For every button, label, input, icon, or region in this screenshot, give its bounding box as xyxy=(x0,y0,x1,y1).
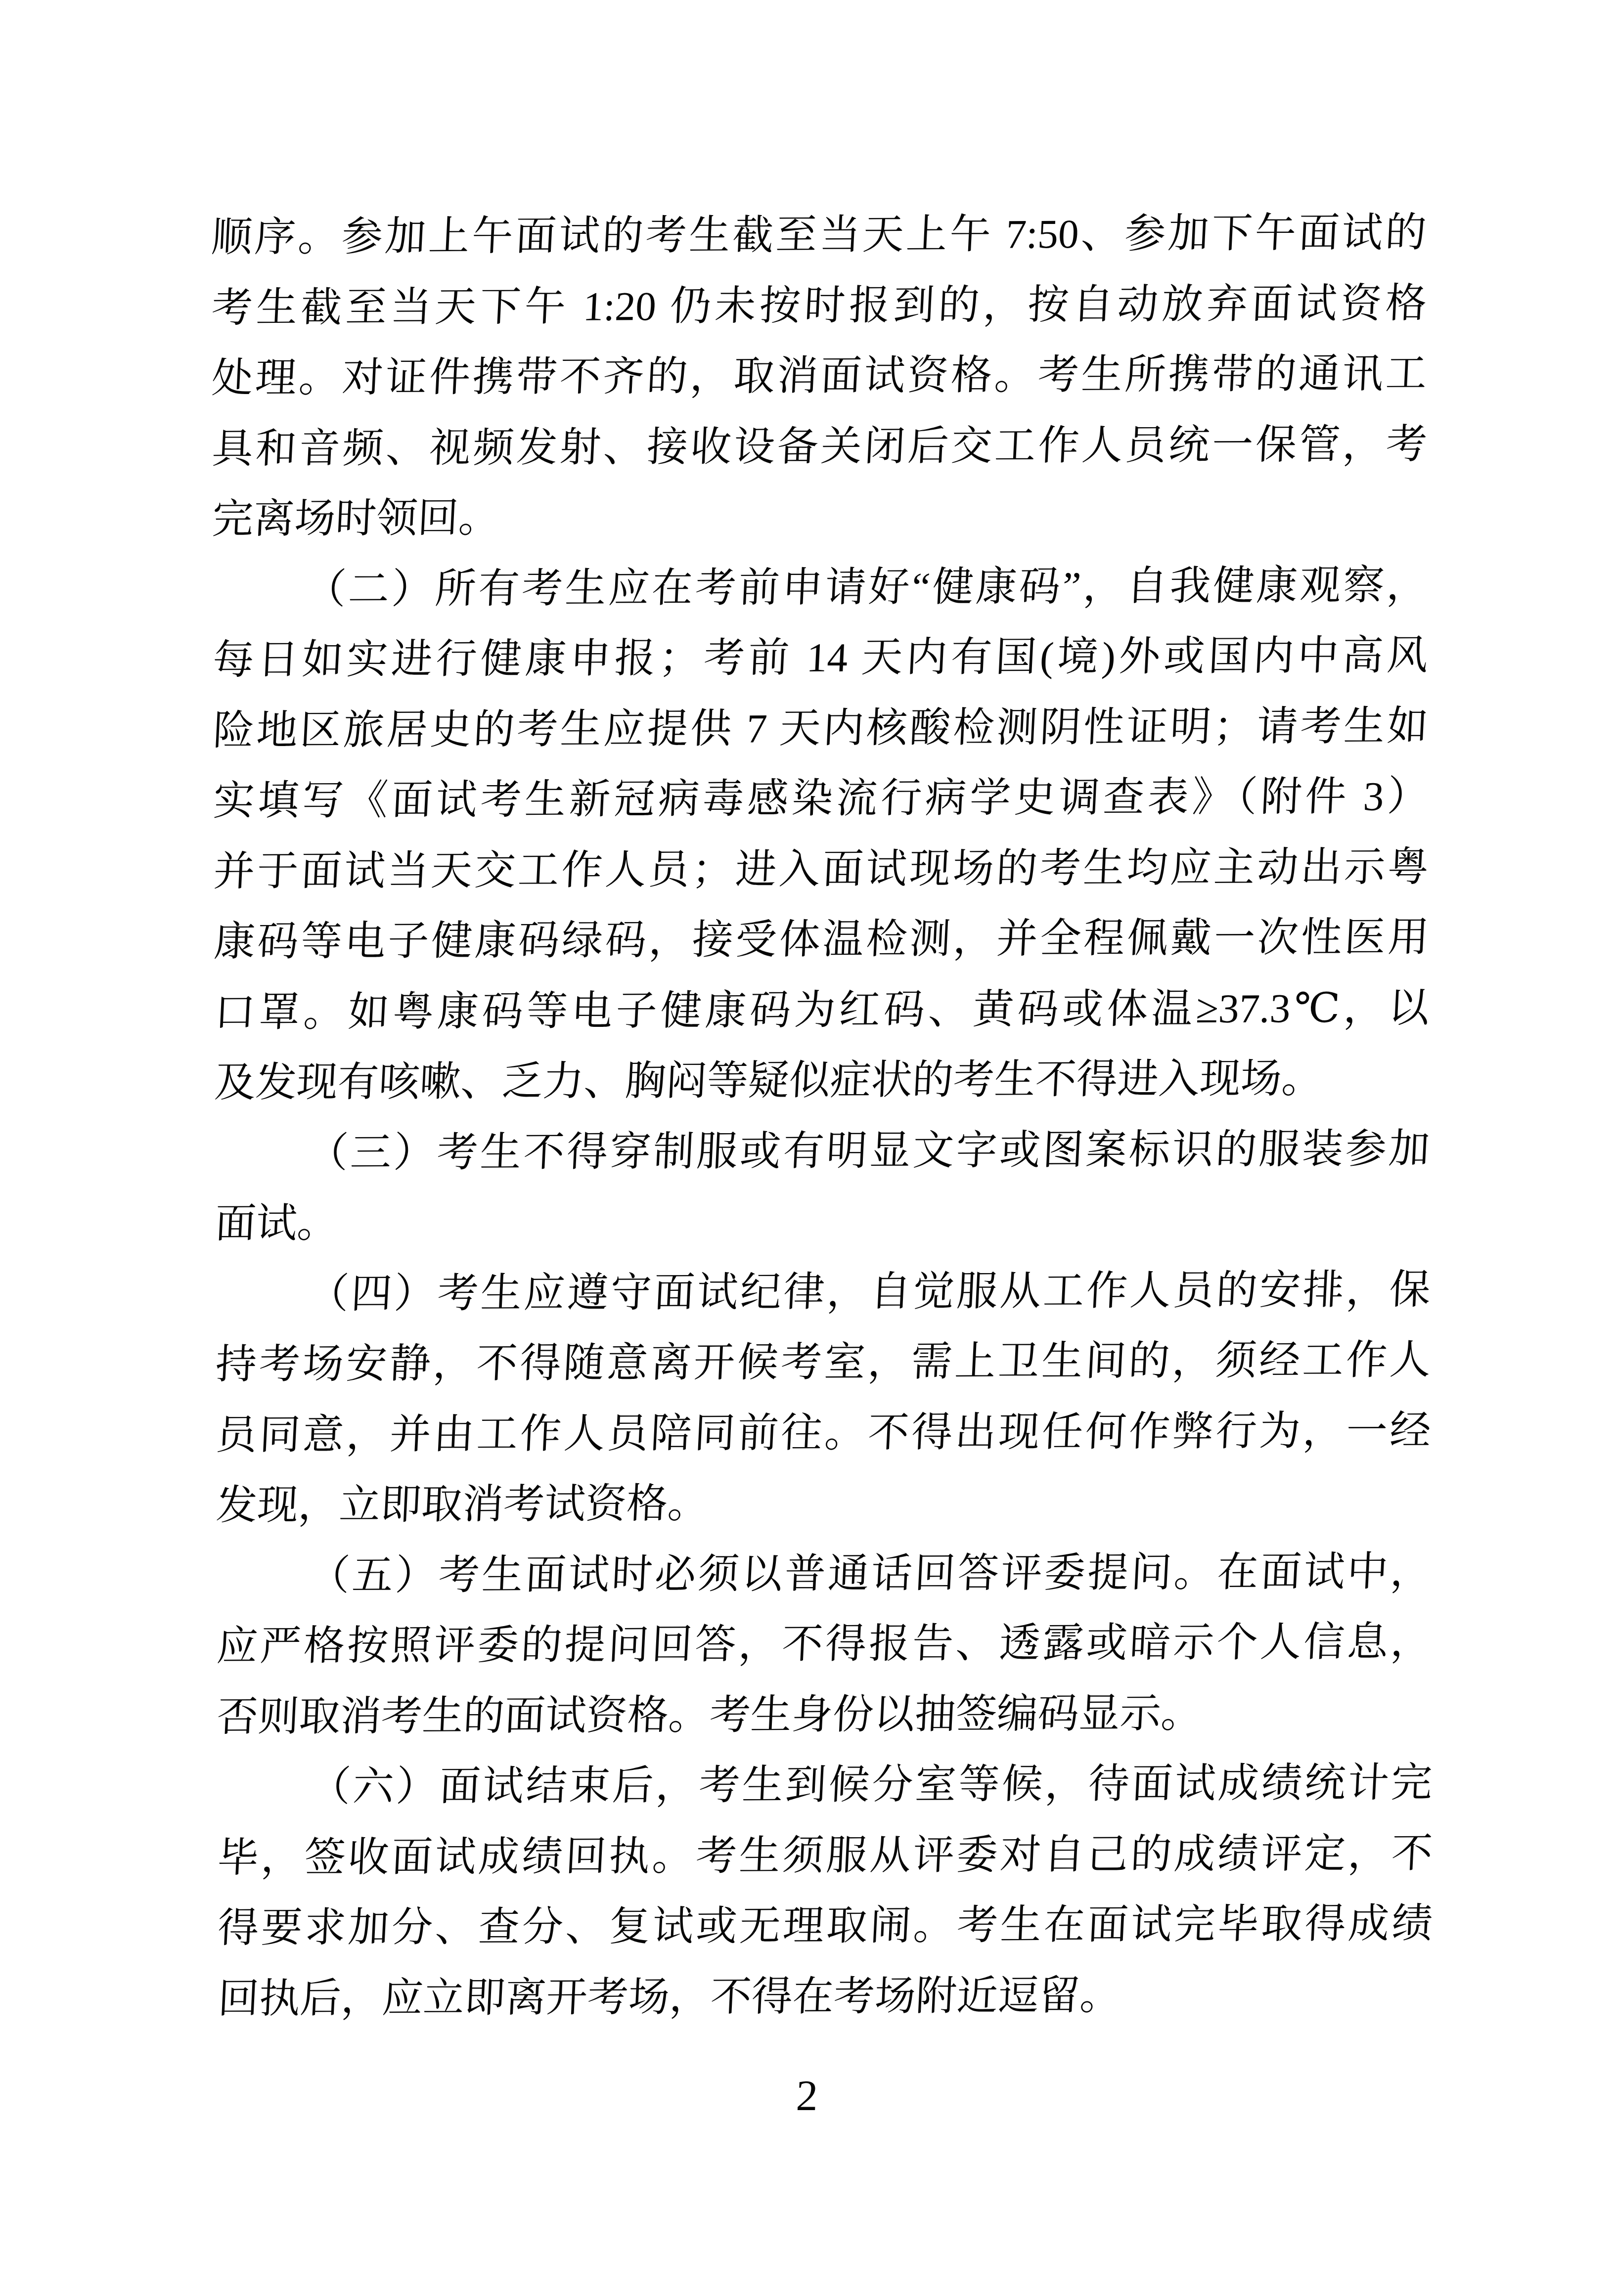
text-line: 毕，签收面试成绩回执。考生须服从评委对自己的成绩评定，不 xyxy=(216,1818,1434,1893)
text-line-paragraph-start: （五）考生面试时必须以普通话回答评委提问。在面试中， xyxy=(215,1536,1433,1611)
text-line-paragraph-start: （四）考生应遵守面试纪律，自觉服从工作人员的安排，保 xyxy=(214,1254,1432,1329)
text-line: 具和音频、视频发射、接收设备关闭后交工作人员统一保管，考 xyxy=(210,409,1429,484)
text-line: 康码等电子健康码绿码，接受体温检测，并全程佩戴一次性医用 xyxy=(212,902,1431,977)
text-line: 否则取消考生的面试资格。考生身份以抽签编码显示。 xyxy=(215,1677,1434,1752)
text-line: 及发现有咳嗽、乏力、胸闷等疑似症状的考生不得进入现场。 xyxy=(213,1043,1431,1118)
text-line: 考生截至当天下午 1:20 仍未按时报到的，按自动放弃面试资格 xyxy=(210,268,1428,343)
text-line-paragraph-start: （二）所有考生应在考前申请好“健康码”，自我健康观察， xyxy=(211,550,1430,625)
page-number: 2 xyxy=(0,2075,1614,2118)
text-line: 员同意，并由工作人员陪同前往。不得出现任何作弊行为，一经 xyxy=(214,1395,1433,1470)
text-line: 实填写《面试考生新冠病毒感染流行病学史调查表》（附件 3） xyxy=(212,761,1430,836)
text-line: 处理。对证件携带不齐的，取消面试资格。考生所携带的通讯工 xyxy=(210,338,1429,413)
text-line-paragraph-start: （三）考生不得穿制服或有明显文字或图案标识的服装参加 xyxy=(213,1113,1432,1189)
body-text: 顺序。参加上午面试的考生截至当天上午 7:50、参加下午面试的 考生截至当天下午… xyxy=(211,197,1433,2033)
scanned-document-page: 顺序。参加上午面试的考生截至当天上午 7:50、参加下午面试的 考生截至当天下午… xyxy=(0,0,1614,2296)
text-line: 口罩。如粤康码等电子健康码为红码、黄码或体温≥37.3℃，以 xyxy=(213,972,1431,1048)
text-line: 应严格按照评委的提问回答，不得报告、透露或暗示个人信息， xyxy=(215,1606,1434,1681)
text-line: 发现，立即取消考试资格。 xyxy=(215,1465,1433,1541)
text-line: 每日如实进行健康申报；考前 14 天内有国(境)外或国内中高风 xyxy=(211,620,1430,695)
text-line: 面试。 xyxy=(213,1184,1432,1259)
text-line: 完离场时领回。 xyxy=(211,479,1429,554)
text-line: 得要求加分、查分、复试或无理取闹。考生在面试完毕取得成绩 xyxy=(216,1888,1435,1963)
text-line-paragraph-start: （六）面试结束后，考生到候分室等候，待面试成绩统计完 xyxy=(216,1747,1434,1822)
text-line: 险地区旅居史的考生应提供 7 天内核酸检测阴性证明；请考生如 xyxy=(212,691,1430,766)
text-line: 回执后，应立即离开考场，不得在考场附近逗留。 xyxy=(217,1959,1435,2034)
text-line: 并于面试当天交工作人员；进入面试现场的考生均应主动出示粤 xyxy=(212,832,1431,907)
text-line: 顺序。参加上午面试的考生截至当天上午 7:50、参加下午面试的 xyxy=(210,197,1428,272)
text-line: 持考场安静，不得随意离开候考室，需上卫生间的，须经工作人 xyxy=(214,1325,1433,1400)
